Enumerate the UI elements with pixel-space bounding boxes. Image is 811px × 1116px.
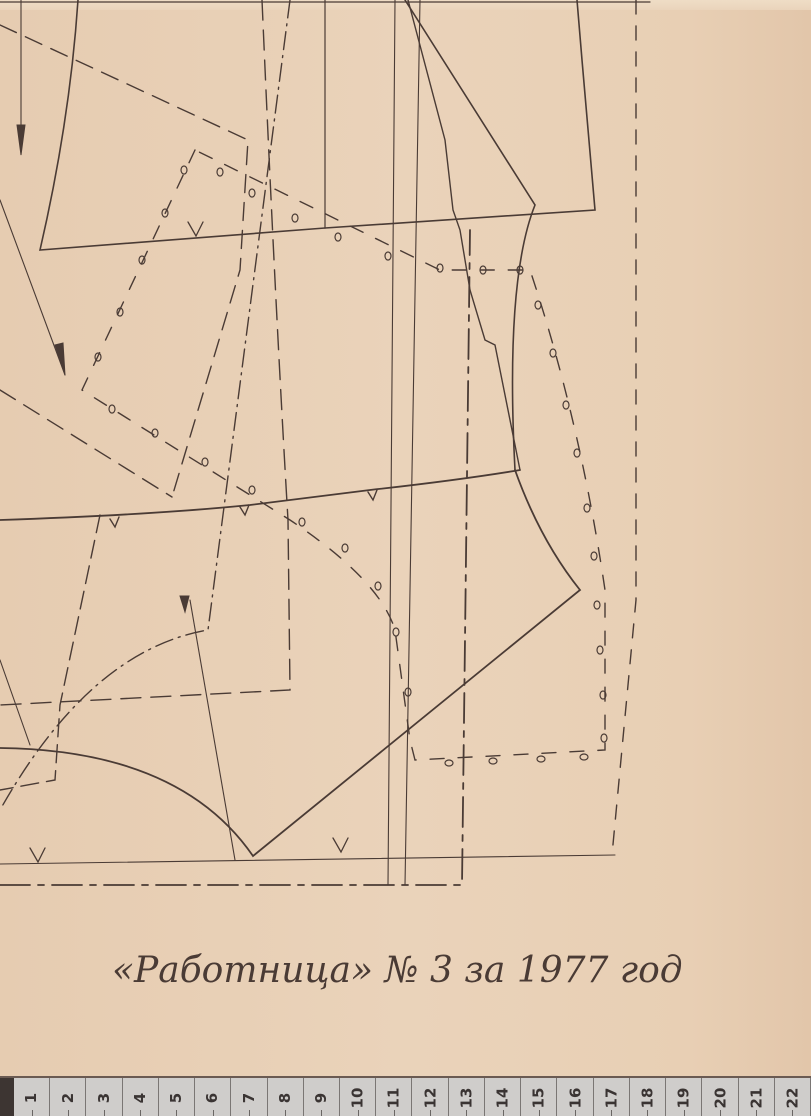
ruler-mark: 13 — [449, 1078, 485, 1116]
ruler-mark: 15 — [521, 1078, 557, 1116]
bottom-dashed-border — [0, 230, 470, 885]
side-seam-line — [408, 0, 520, 470]
dashed-piece-1 — [0, 25, 248, 497]
ruler-mark: 10 — [340, 1078, 376, 1116]
ruler-mark: 1 — [14, 1078, 50, 1116]
ruler-mark: 4 — [123, 1078, 159, 1116]
ruler-mark: 11 — [376, 1078, 412, 1116]
sewing-pattern-drawing — [0, 0, 811, 1078]
waist-notches — [110, 490, 377, 527]
top-left-arrow-head — [17, 125, 25, 155]
grain-arrow-head — [180, 596, 189, 612]
ruler-mark: 12 — [412, 1078, 448, 1116]
ruler-mark: 8 — [268, 1078, 304, 1116]
hem-line — [0, 855, 615, 864]
ruler-mark: 16 — [557, 1078, 593, 1116]
ruler-mark: 22 — [775, 1078, 811, 1116]
ruler-mark: 17 — [594, 1078, 630, 1116]
left-diagonal-arrow-line — [0, 200, 65, 375]
ruler-mark: 9 — [304, 1078, 340, 1116]
ruler-mark: 7 — [231, 1078, 267, 1116]
ruler-mark: 3 — [86, 1078, 122, 1116]
grain-line-1 — [388, 0, 395, 885]
left-diagonal-arrow-head — [55, 343, 65, 375]
upper-piece-right-outline — [325, 0, 595, 228]
notch-v-1 — [188, 222, 203, 236]
ruler-mark: 14 — [485, 1078, 521, 1116]
dashed-piece-2 — [0, 0, 290, 705]
hem-notches — [30, 838, 348, 862]
ruler-mark: 5 — [159, 1078, 195, 1116]
magazine-caption: «Работница» № 3 за 1977 год — [112, 950, 612, 991]
fold-line — [612, 0, 636, 855]
measurement-ruler: 1 2 3 4 5 6 7 8 9 10 11 12 13 14 15 16 1… — [0, 1076, 811, 1116]
ruler-mark: 18 — [630, 1078, 666, 1116]
circle-markers — [95, 166, 607, 766]
dash-dot-piece — [0, 0, 290, 810]
ruler-mark: 21 — [739, 1078, 775, 1116]
grain-arrow-line — [190, 600, 235, 860]
ruler-mark: 19 — [666, 1078, 702, 1116]
upper-piece-left-outline — [40, 0, 325, 250]
ruler-left-edge — [0, 1078, 14, 1116]
waist-line — [0, 470, 520, 520]
ruler-mark: 20 — [702, 1078, 738, 1116]
ruler-mark: 2 — [50, 1078, 86, 1116]
ruler-mark: 6 — [195, 1078, 231, 1116]
